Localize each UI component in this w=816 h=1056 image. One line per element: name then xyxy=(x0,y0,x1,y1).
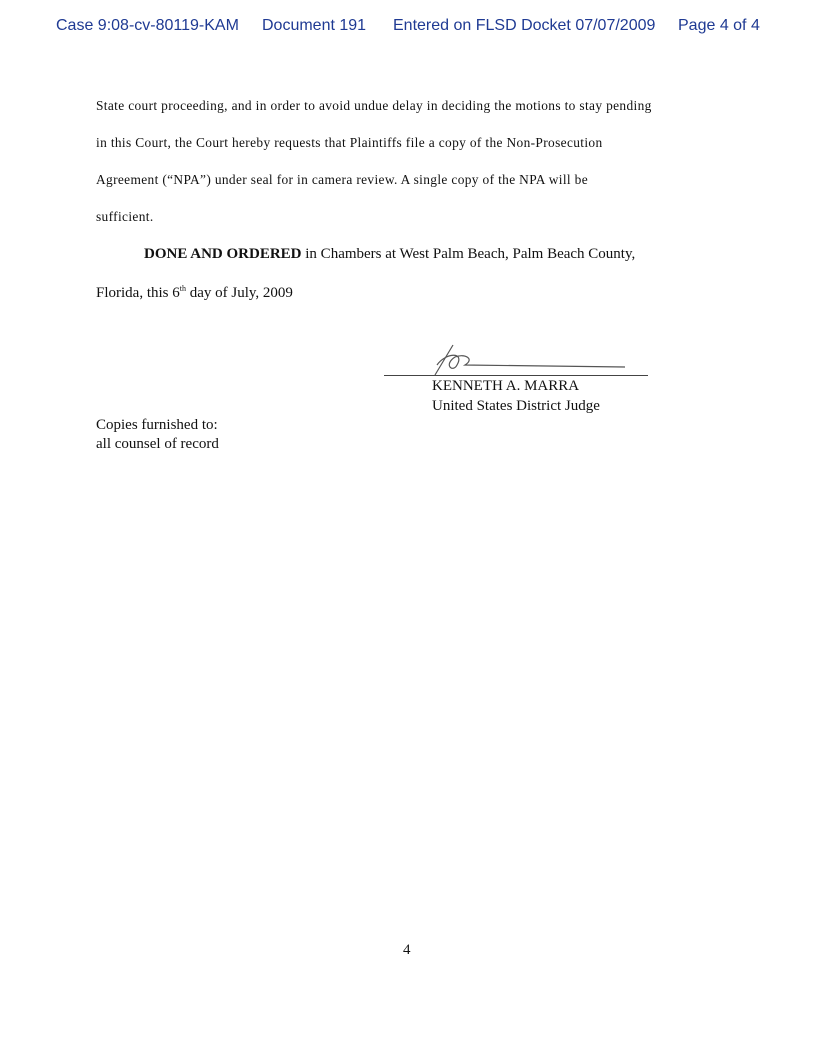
done-and-ordered-text: in Chambers at West Palm Beach, Palm Bea… xyxy=(302,246,636,262)
done-and-ordered-paragraph: DONE AND ORDERED in Chambers at West Pal… xyxy=(144,246,635,263)
body-line-2: in this Court, the Court hereby requests… xyxy=(96,135,603,151)
date-line: Florida, this 6th day of July, 2009 xyxy=(96,285,293,302)
judge-title: United States District Judge xyxy=(432,398,600,415)
copies-furnished-label: Copies furnished to: xyxy=(96,417,218,434)
body-line-1: State court proceeding, and in order to … xyxy=(96,98,652,114)
body-line-3: Agreement (“NPA”) under seal for in came… xyxy=(96,172,588,188)
judge-signature xyxy=(425,343,625,377)
done-and-ordered-heading: DONE AND ORDERED xyxy=(144,246,302,262)
body-line-4: sufficient. xyxy=(96,209,154,225)
page-number: 4 xyxy=(403,942,411,959)
entered-date: Entered on FLSD Docket 07/07/2009 xyxy=(393,17,655,35)
copies-recipients: all counsel of record xyxy=(96,436,219,453)
judge-name: KENNETH A. MARRA xyxy=(432,378,579,395)
document-number: Document 191 xyxy=(262,17,366,35)
date-prefix: Florida, this 6 xyxy=(96,285,180,301)
signature-line xyxy=(384,375,648,376)
page-count: Page 4 of 4 xyxy=(678,17,760,35)
date-suffix: day of July, 2009 xyxy=(186,285,293,301)
case-number: Case 9:08-cv-80119-KAM xyxy=(56,17,239,35)
